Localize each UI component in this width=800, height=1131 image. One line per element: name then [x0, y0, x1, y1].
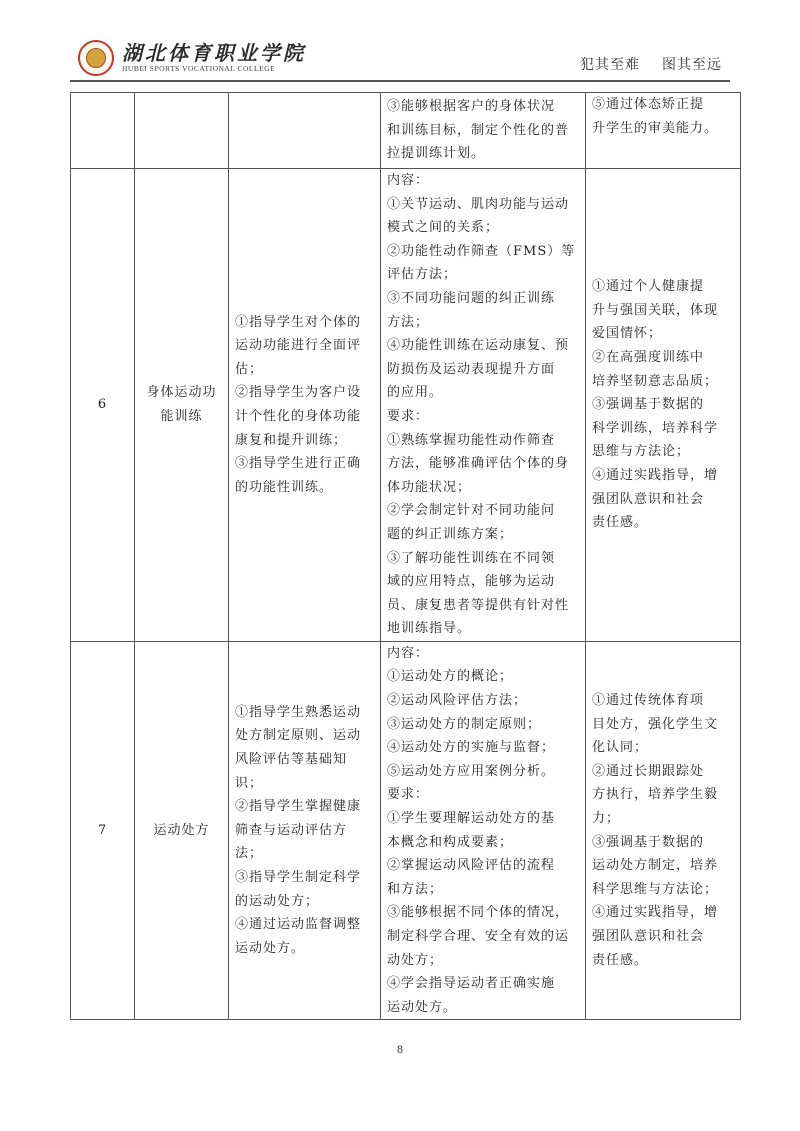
page-header: 湖北体育职业学院 HUBEI SPORTS VOCATIONAL COLLEGE…	[70, 38, 730, 80]
page-number: 8	[0, 1042, 800, 1057]
course-content: 内容： ①关节运动、肌肉功能与运动 模式之间的关系； ②功能性动作筛查（FMS）…	[381, 169, 586, 642]
course-name	[135, 93, 229, 169]
row-number	[71, 93, 135, 169]
college-logo: 湖北体育职业学院 HUBEI SPORTS VOCATIONAL COLLEGE	[78, 38, 306, 78]
teaching-goals: ①指导学生熟悉运动 处方制定原则、运动 风险评估等基础知 识； ②指导学生掌握健…	[229, 641, 381, 1020]
ideology-goals: ①通过传统体育项 目处方，强化学生文 化认同； ②通过长期跟踪处 方执行，培养学…	[586, 641, 741, 1020]
table-row: 7 运动处方 ①指导学生熟悉运动 处方制定原则、运动 风险评估等基础知 识； ②…	[71, 641, 741, 1020]
course-name: 身体运动功 能训练	[135, 169, 229, 642]
course-name: 运动处方	[135, 641, 229, 1020]
motto-part-2: 图其至远	[662, 57, 722, 73]
curriculum-table: ③能够根据客户的身体状况 和训练目标，制定个性化的普 拉提训练计划。 ⑤通过体态…	[70, 92, 741, 1020]
row-number: 6	[71, 169, 135, 642]
ideology-goals: ①通过个人健康提 升与强国关联，体现 爱国情怀； ②在高强度训练中 培养坚韧意志…	[586, 169, 741, 642]
table-row: ③能够根据客户的身体状况 和训练目标，制定个性化的普 拉提训练计划。 ⑤通过体态…	[71, 93, 741, 169]
ideology-goals: ⑤通过体态矫正提 升学生的审美能力。	[586, 93, 741, 169]
teaching-goals: ①指导学生对个体的 运动功能进行全面评 估； ②指导学生为客户设 计个性化的身体…	[229, 169, 381, 642]
header-divider	[70, 80, 730, 82]
row-number: 7	[71, 641, 135, 1020]
logo-chinese-name: 湖北体育职业学院	[122, 42, 306, 64]
logo-english-name: HUBEI SPORTS VOCATIONAL COLLEGE	[122, 64, 306, 74]
teaching-goals	[229, 93, 381, 169]
course-content: 内容： ①运动处方的概论； ②运动风险评估方法； ③运动处方的制定原则； ④运动…	[381, 641, 586, 1020]
course-content: ③能够根据客户的身体状况 和训练目标，制定个性化的普 拉提训练计划。	[381, 93, 586, 169]
motto: 犯其至难图其至远	[580, 54, 722, 74]
motto-part-1: 犯其至难	[580, 57, 640, 73]
table-row: 6 身体运动功 能训练 ①指导学生对个体的 运动功能进行全面评 估； ②指导学生…	[71, 169, 741, 642]
college-emblem-icon	[78, 40, 114, 76]
